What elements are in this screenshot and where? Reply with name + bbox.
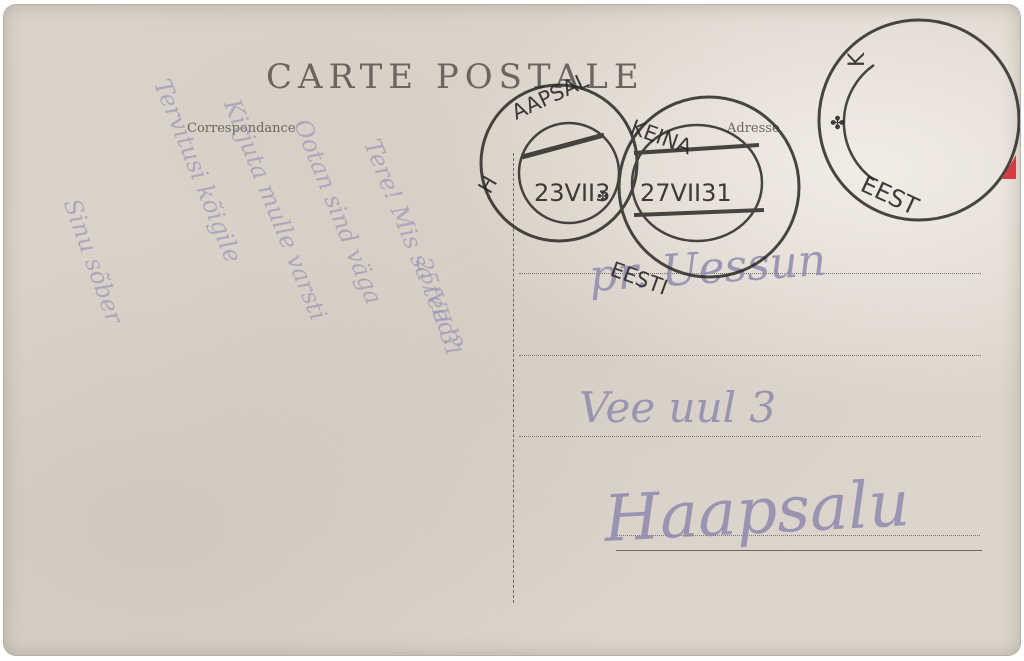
address-label: Adresse [727,121,780,136]
center-divider [513,153,514,603]
message-line: Tere! Mis sa teed? [358,135,468,353]
address-town: Haapsalu [602,467,911,557]
svg-text:✤: ✤ [597,189,609,205]
stamp-fragment [1002,155,1016,179]
postmark-haapsalu-outer [481,85,637,241]
address-line [519,436,981,437]
svg-text:KEINA: KEINA [627,115,695,159]
svg-text:27VII31: 27VII31 [640,179,732,207]
address-line [519,355,981,356]
handwritten-message: 25/VII 31 Tere! Mis sa teed? Ootan sind … [44,155,484,635]
svg-text:✤: ✤ [830,113,845,134]
postcard-heading: CARTE POSTALE [266,57,645,97]
message-line: Sinu sõber [58,195,129,327]
address-name: pr. Uessun [588,235,828,302]
svg-text:EEST: EEST [856,170,923,221]
svg-text:K: K [845,52,870,67]
postmark-right-outer [819,20,1019,220]
postcard-back: CARTE POSTALE Correspondance Adresse pr.… [4,5,1020,655]
address-street: Vee uul 3 [579,383,776,432]
svg-text:23VII3: 23VII3 [534,179,610,207]
